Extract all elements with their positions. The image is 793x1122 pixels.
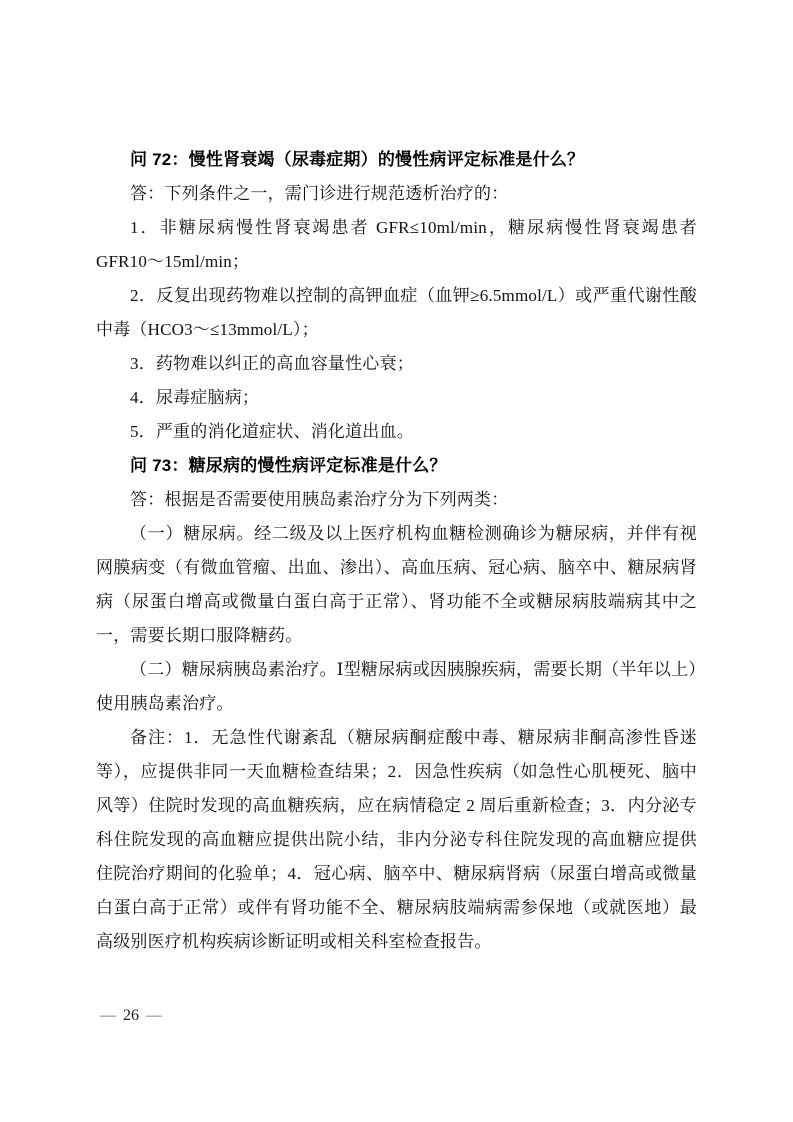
criterion-item-1: 1．非糖尿病慢性肾衰竭患者 GFR≤10ml/min，糖尿病慢性肾衰竭患者GFR… <box>96 211 697 279</box>
diabetes-type-1-para: （一）糖尿病。经二级及以上医疗机构血糖检测确诊为糖尿病，并伴有视网膜病变（有微血… <box>96 517 697 653</box>
criterion-item-4: 4．尿毒症脑病； <box>96 381 697 415</box>
document-page: 问 72：慢性肾衰竭（尿毒症期）的慢性病评定标准是什么？ 答：下列条件之一，需门… <box>0 0 793 1122</box>
answer-73-intro: 答：根据是否需要使用胰岛素治疗分为下列两类： <box>96 483 697 517</box>
criterion-item-3: 3．药物难以纠正的高血容量性心衰； <box>96 347 697 381</box>
footer-dash-right: — <box>146 1007 162 1024</box>
page-number: 26 <box>123 1007 139 1024</box>
remarks-para: 备注：1．无急性代谢紊乱（糖尿病酮症酸中毒、糖尿病非酮高渗性昏迷等），应提供非同… <box>96 721 697 959</box>
footer-dash-left: — <box>100 1007 116 1024</box>
page-footer: —26— <box>100 1005 162 1027</box>
criterion-item-5: 5．严重的消化道症状、消化道出血。 <box>96 415 697 449</box>
answer-72-intro: 答：下列条件之一，需门诊进行规范透析治疗的： <box>96 177 697 211</box>
criterion-item-2: 2．反复出现药物难以控制的高钾血症（血钾≥6.5mmol/L）或严重代谢性酸中毒… <box>96 279 697 347</box>
question-73-heading: 问 73：糖尿病的慢性病评定标准是什么？ <box>96 449 697 483</box>
diabetes-type-2-para: （二）糖尿病胰岛素治疗。Ⅰ型糖尿病或因胰腺疾病，需要长期（半年以上）使用胰岛素治… <box>96 653 697 721</box>
question-72-heading: 问 72：慢性肾衰竭（尿毒症期）的慢性病评定标准是什么？ <box>96 143 697 177</box>
document-content: 问 72：慢性肾衰竭（尿毒症期）的慢性病评定标准是什么？ 答：下列条件之一，需门… <box>96 143 697 959</box>
